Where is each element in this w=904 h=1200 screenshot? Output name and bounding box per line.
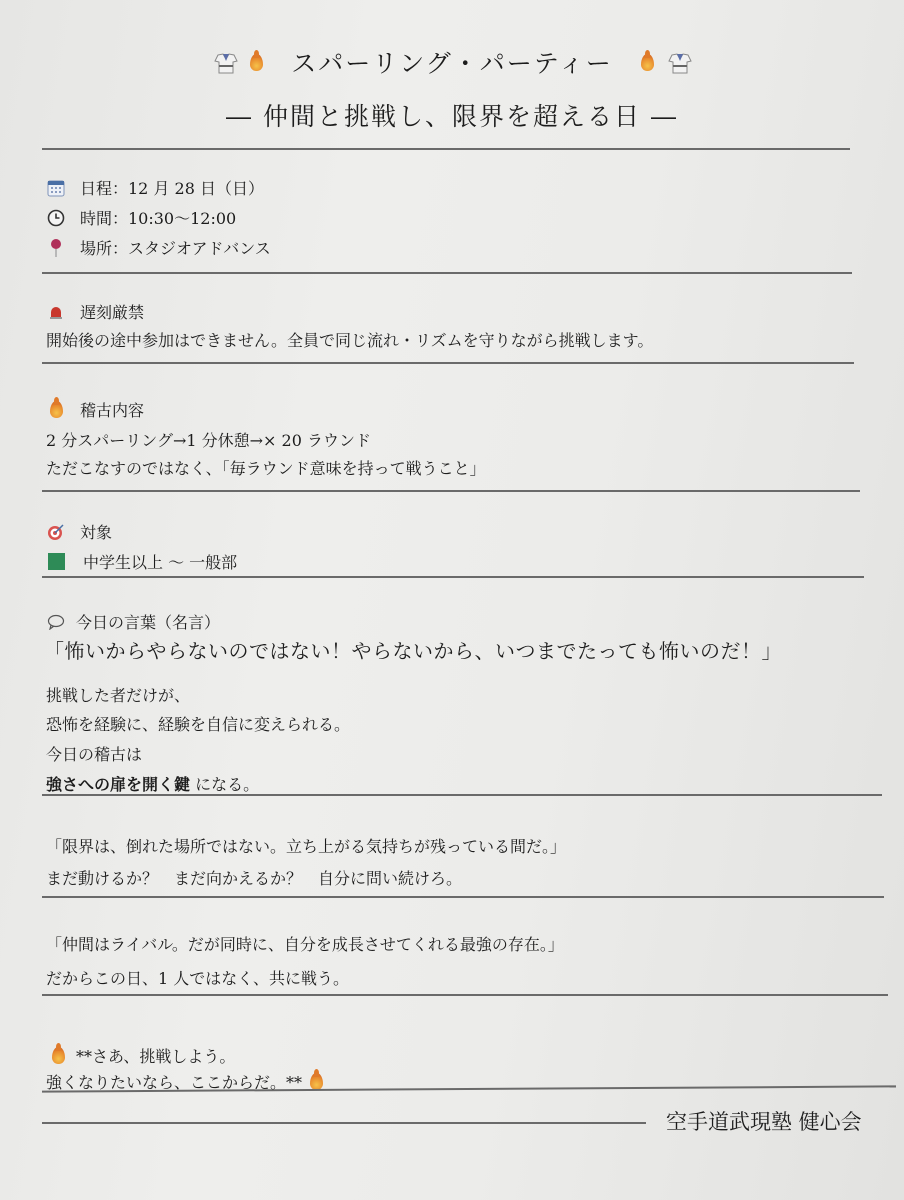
content-heading-row: 稽古内容: [46, 398, 144, 421]
target-heading-row: 対象: [46, 520, 112, 543]
words-line-3: 今日の稽古は: [46, 742, 142, 765]
fire-icon: [250, 54, 263, 71]
speech-bubble-icon: [46, 612, 66, 632]
friends-body: だからこの日、1 人ではなく、共に戦う。: [46, 966, 349, 989]
time-text: 時間：10:30〜12:00: [80, 206, 236, 229]
words-line-2: 恐怖を経験に、経験を自信に変えられる。: [46, 712, 350, 735]
green-square-icon: [48, 553, 65, 570]
words-heading: 今日の言葉（名言）: [76, 610, 220, 633]
target-heading: 対象: [80, 520, 112, 543]
divider: [42, 490, 860, 492]
place-text: 場所：スタジオアドバンス: [80, 236, 271, 259]
divider: [42, 148, 850, 150]
limit-quote: 「限界は、倒れた場所ではない。立ち上がる気持ちが残っている間だ。」: [46, 834, 566, 857]
fire-icon: [46, 400, 66, 420]
friends-quote: 「仲間はライバル。だが同時に、自分を成長させてくれる最強の存在。」: [46, 932, 564, 955]
divider: [42, 896, 884, 898]
event-subtitle: ― 仲間と挑戦し、限界を超える日 ―: [0, 97, 904, 133]
words-line-4-bold: 強さへの扉を開く鍵: [46, 775, 190, 794]
divider: [42, 1122, 646, 1124]
words-line-1: 挑戦した者だけが、: [46, 683, 190, 706]
date-text: 日程：12 月 28 日（日）: [80, 176, 264, 199]
organizer-name: 空手道武現塾 健心会: [666, 1106, 862, 1136]
late-body: 開始後の途中参加はできません。全員で同じ流れ・リズムを守りながら挑戦します。: [46, 328, 653, 351]
words-line-4-rest: になる。: [190, 775, 259, 794]
target-body: 中学生以上 〜 一般部: [83, 550, 237, 573]
pin-icon: [46, 238, 66, 258]
event-title: スパーリング・パーティー: [291, 44, 613, 80]
content-heading: 稽古内容: [80, 398, 144, 421]
content-line-2: ただこなすのではなく、「毎ラウンド意味を持って戦うこと」: [46, 456, 486, 479]
limit-body: まだ動けるか？ まだ向かえるか？ 自分に問い続けろ。: [46, 866, 462, 889]
clock-icon: [46, 208, 66, 228]
target-body-row: 中学生以上 〜 一般部: [48, 550, 237, 573]
calendar-icon: [46, 178, 66, 198]
content-line-1: 2 分スパーリング→1 分休憩→× 20 ラウンド: [46, 428, 371, 451]
target-icon: [46, 522, 66, 542]
date-row: 日程：12 月 28 日（日）: [46, 176, 264, 199]
fire-icon: [641, 54, 654, 71]
flyer-page: スパーリング・パーティー ― 仲間と挑戦し、限界を超える日 ― 日程：12 月 …: [0, 0, 904, 1200]
fire-icon: [48, 1046, 68, 1066]
place-row: 場所：スタジオアドバンス: [46, 236, 271, 259]
late-heading-row: 遅刻厳禁: [46, 300, 144, 323]
words-quote: 「怖いからやらないのではない！やらないから、いつまでたっても怖いのだ！」: [44, 635, 782, 664]
words-heading-row: 今日の言葉（名言）: [46, 610, 220, 633]
karate-gi-icon: [668, 52, 690, 72]
karate-gi-icon: [214, 52, 236, 72]
late-heading: 遅刻厳禁: [80, 300, 144, 323]
time-row: 時間：10:30〜12:00: [46, 206, 236, 229]
title-row: スパーリング・パーティー: [0, 44, 904, 80]
divider: [42, 272, 852, 274]
divider: [42, 794, 882, 796]
divider: [42, 576, 864, 578]
divider: [42, 362, 854, 364]
siren-icon: [46, 302, 66, 322]
words-line-4: 強さへの扉を開く鍵 になる。: [46, 772, 259, 795]
closing-line-1-row: **さあ、挑戦しよう。: [48, 1044, 235, 1067]
divider: [42, 994, 888, 996]
closing-line-1: **さあ、挑戦しよう。: [76, 1044, 235, 1067]
